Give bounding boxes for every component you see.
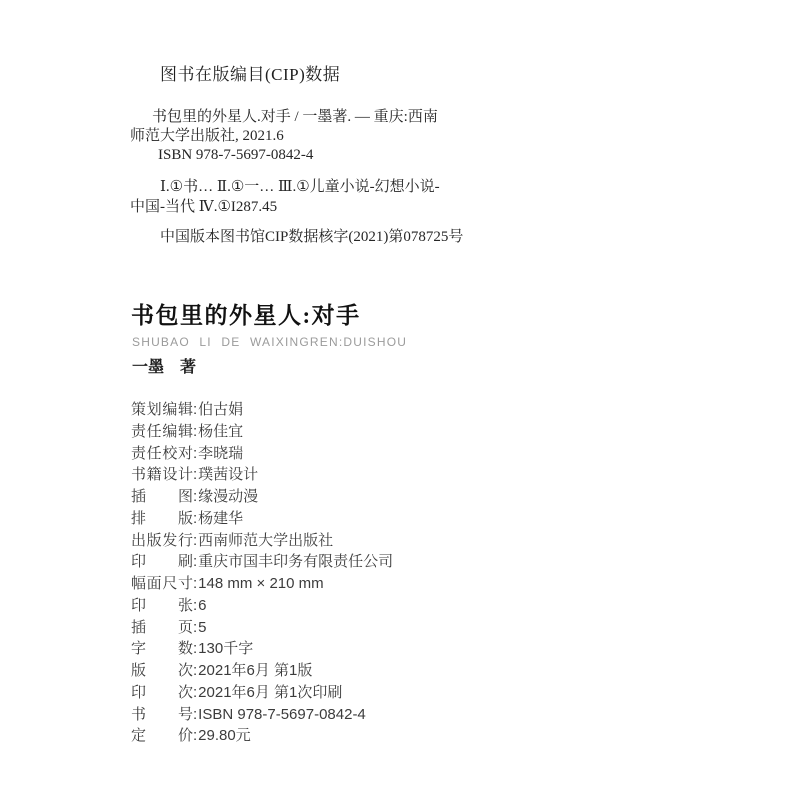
colophon-separator: : — [193, 595, 197, 617]
colophon-label: 印刷 — [131, 551, 193, 573]
colophon-row-book-design: 书籍设计:璞茜设计 — [131, 464, 393, 486]
cip-record-line-1: 书包里的外星人.对手 / 一墨著. — 重庆:西南 — [130, 108, 470, 127]
cip-record-block: 书包里的外星人.对手 / 一墨著. — 重庆:西南 师范大学出版社, 2021.… — [130, 108, 470, 165]
colophon-row-proofreader: 责任校对:李晓瑞 — [131, 443, 393, 465]
colophon-value: 伯古娟 — [198, 399, 243, 421]
colophon-value: 西南师范大学出版社 — [198, 530, 333, 552]
colophon-row-typesetting: 排版:杨建华 — [131, 508, 393, 530]
colophon-row-edition: 版次:2021年6月 第1版 — [131, 660, 393, 682]
colophon-label: 策划编辑 — [131, 399, 193, 421]
cip-classification-line-2: 中国-当代 Ⅳ.①I287.45 — [130, 197, 470, 217]
cip-isbn-line: ISBN 978-7-5697-0842-4 — [130, 146, 470, 165]
colophon-separator: : — [193, 573, 197, 595]
colophon-row-printed-sheets: 印张:6 — [131, 595, 393, 617]
colophon-row-isbn: 书号:ISBN 978-7-5697-0842-4 — [131, 704, 393, 726]
colophon-label: 版次 — [131, 660, 193, 682]
colophon-row-responsible-editor: 责任编辑:杨佳宜 — [131, 421, 393, 443]
colophon-label: 印张 — [131, 595, 193, 617]
colophon-separator: : — [193, 660, 197, 682]
colophon-label: 字数 — [131, 638, 193, 660]
colophon-separator: : — [193, 486, 197, 508]
colophon-label: 插图 — [131, 486, 193, 508]
cip-classification-line-1: Ⅰ.①书… Ⅱ.①一… Ⅲ.①儿童小说-幻想小说- — [130, 177, 470, 197]
colophon-separator: : — [193, 508, 197, 530]
colophon-separator: : — [193, 399, 197, 421]
book-title: 书包里的外星人:对手 — [131, 297, 361, 330]
colophon-value: 130千字 — [198, 638, 253, 660]
colophon-value: 2021年6月 第1版 — [198, 660, 312, 682]
colophon-label: 印次 — [131, 682, 193, 704]
book-title-pinyin: SHUBAO LI DE WAIXINGREN:DUISHOU — [132, 335, 407, 349]
colophon-value: 杨佳宜 — [198, 421, 243, 443]
cip-header: 图书在版编目(CIP)数据 — [160, 60, 340, 85]
colophon-label: 插页 — [131, 617, 193, 639]
colophon-separator: : — [193, 617, 197, 639]
colophon-label: 出版发行 — [131, 530, 193, 552]
colophon-label: 定价 — [131, 725, 193, 747]
colophon-value: 缘漫动漫 — [198, 486, 258, 508]
colophon-separator: : — [193, 421, 197, 443]
colophon-value: 重庆市国丰印务有限责任公司 — [198, 551, 393, 573]
colophon-separator: : — [193, 725, 197, 747]
colophon-value: 璞茜设计 — [198, 464, 258, 486]
book-author: 一墨 著 — [132, 354, 196, 377]
colophon-value: 6 — [198, 595, 206, 617]
colophon-row-dimensions: 幅面尺寸:148 mm × 210 mm — [131, 573, 393, 595]
colophon-row-impression: 印次:2021年6月 第1次印刷 — [131, 682, 393, 704]
colophon-list: 策划编辑:伯古娟 责任编辑:杨佳宜 责任校对:李晓瑞 书籍设计:璞茜设计 插图:… — [131, 399, 393, 747]
colophon-separator: : — [193, 530, 197, 552]
colophon-value: 148 mm × 210 mm — [198, 573, 323, 595]
colophon-row-planning-editor: 策划编辑:伯古娟 — [131, 399, 393, 421]
colophon-row-price: 定价:29.80元 — [131, 725, 393, 747]
colophon-row-printer: 印刷:重庆市国丰印务有限责任公司 — [131, 551, 393, 573]
colophon-label: 责任校对 — [131, 443, 193, 465]
colophon-label: 责任编辑 — [131, 421, 193, 443]
colophon-label: 排版 — [131, 508, 193, 530]
colophon-row-inserts: 插页:5 — [131, 617, 393, 639]
colophon-value: 29.80元 — [198, 725, 251, 747]
cip-record-line-2: 师范大学出版社, 2021.6 — [130, 127, 470, 146]
colophon-value: 李晓瑞 — [198, 443, 243, 465]
colophon-separator: : — [193, 682, 197, 704]
colophon-value: ISBN 978-7-5697-0842-4 — [198, 704, 366, 726]
colophon-separator: : — [193, 551, 197, 573]
colophon-value: 2021年6月 第1次印刷 — [198, 682, 342, 704]
cip-classification-block: Ⅰ.①书… Ⅱ.①一… Ⅲ.①儿童小说-幻想小说- 中国-当代 Ⅳ.①I287.… — [130, 177, 470, 217]
colophon-value: 杨建华 — [198, 508, 243, 530]
colophon-row-illustration: 插图:缘漫动漫 — [131, 486, 393, 508]
colophon-separator: : — [193, 704, 197, 726]
colophon-label: 幅面尺寸 — [131, 573, 193, 595]
colophon-row-word-count: 字数:130千字 — [131, 638, 393, 660]
colophon-separator: : — [193, 464, 197, 486]
colophon-label: 书号 — [131, 704, 193, 726]
colophon-separator: : — [193, 443, 197, 465]
colophon-row-publisher: 出版发行:西南师范大学出版社 — [131, 530, 393, 552]
colophon-value: 5 — [198, 617, 206, 639]
copyright-page: 图书在版编目(CIP)数据 书包里的外星人.对手 / 一墨著. — 重庆:西南 … — [0, 0, 800, 800]
colophon-label: 书籍设计 — [131, 464, 193, 486]
cip-registry-number: 中国版本图书馆CIP数据核字(2021)第078725号 — [160, 225, 463, 246]
colophon-separator: : — [193, 638, 197, 660]
